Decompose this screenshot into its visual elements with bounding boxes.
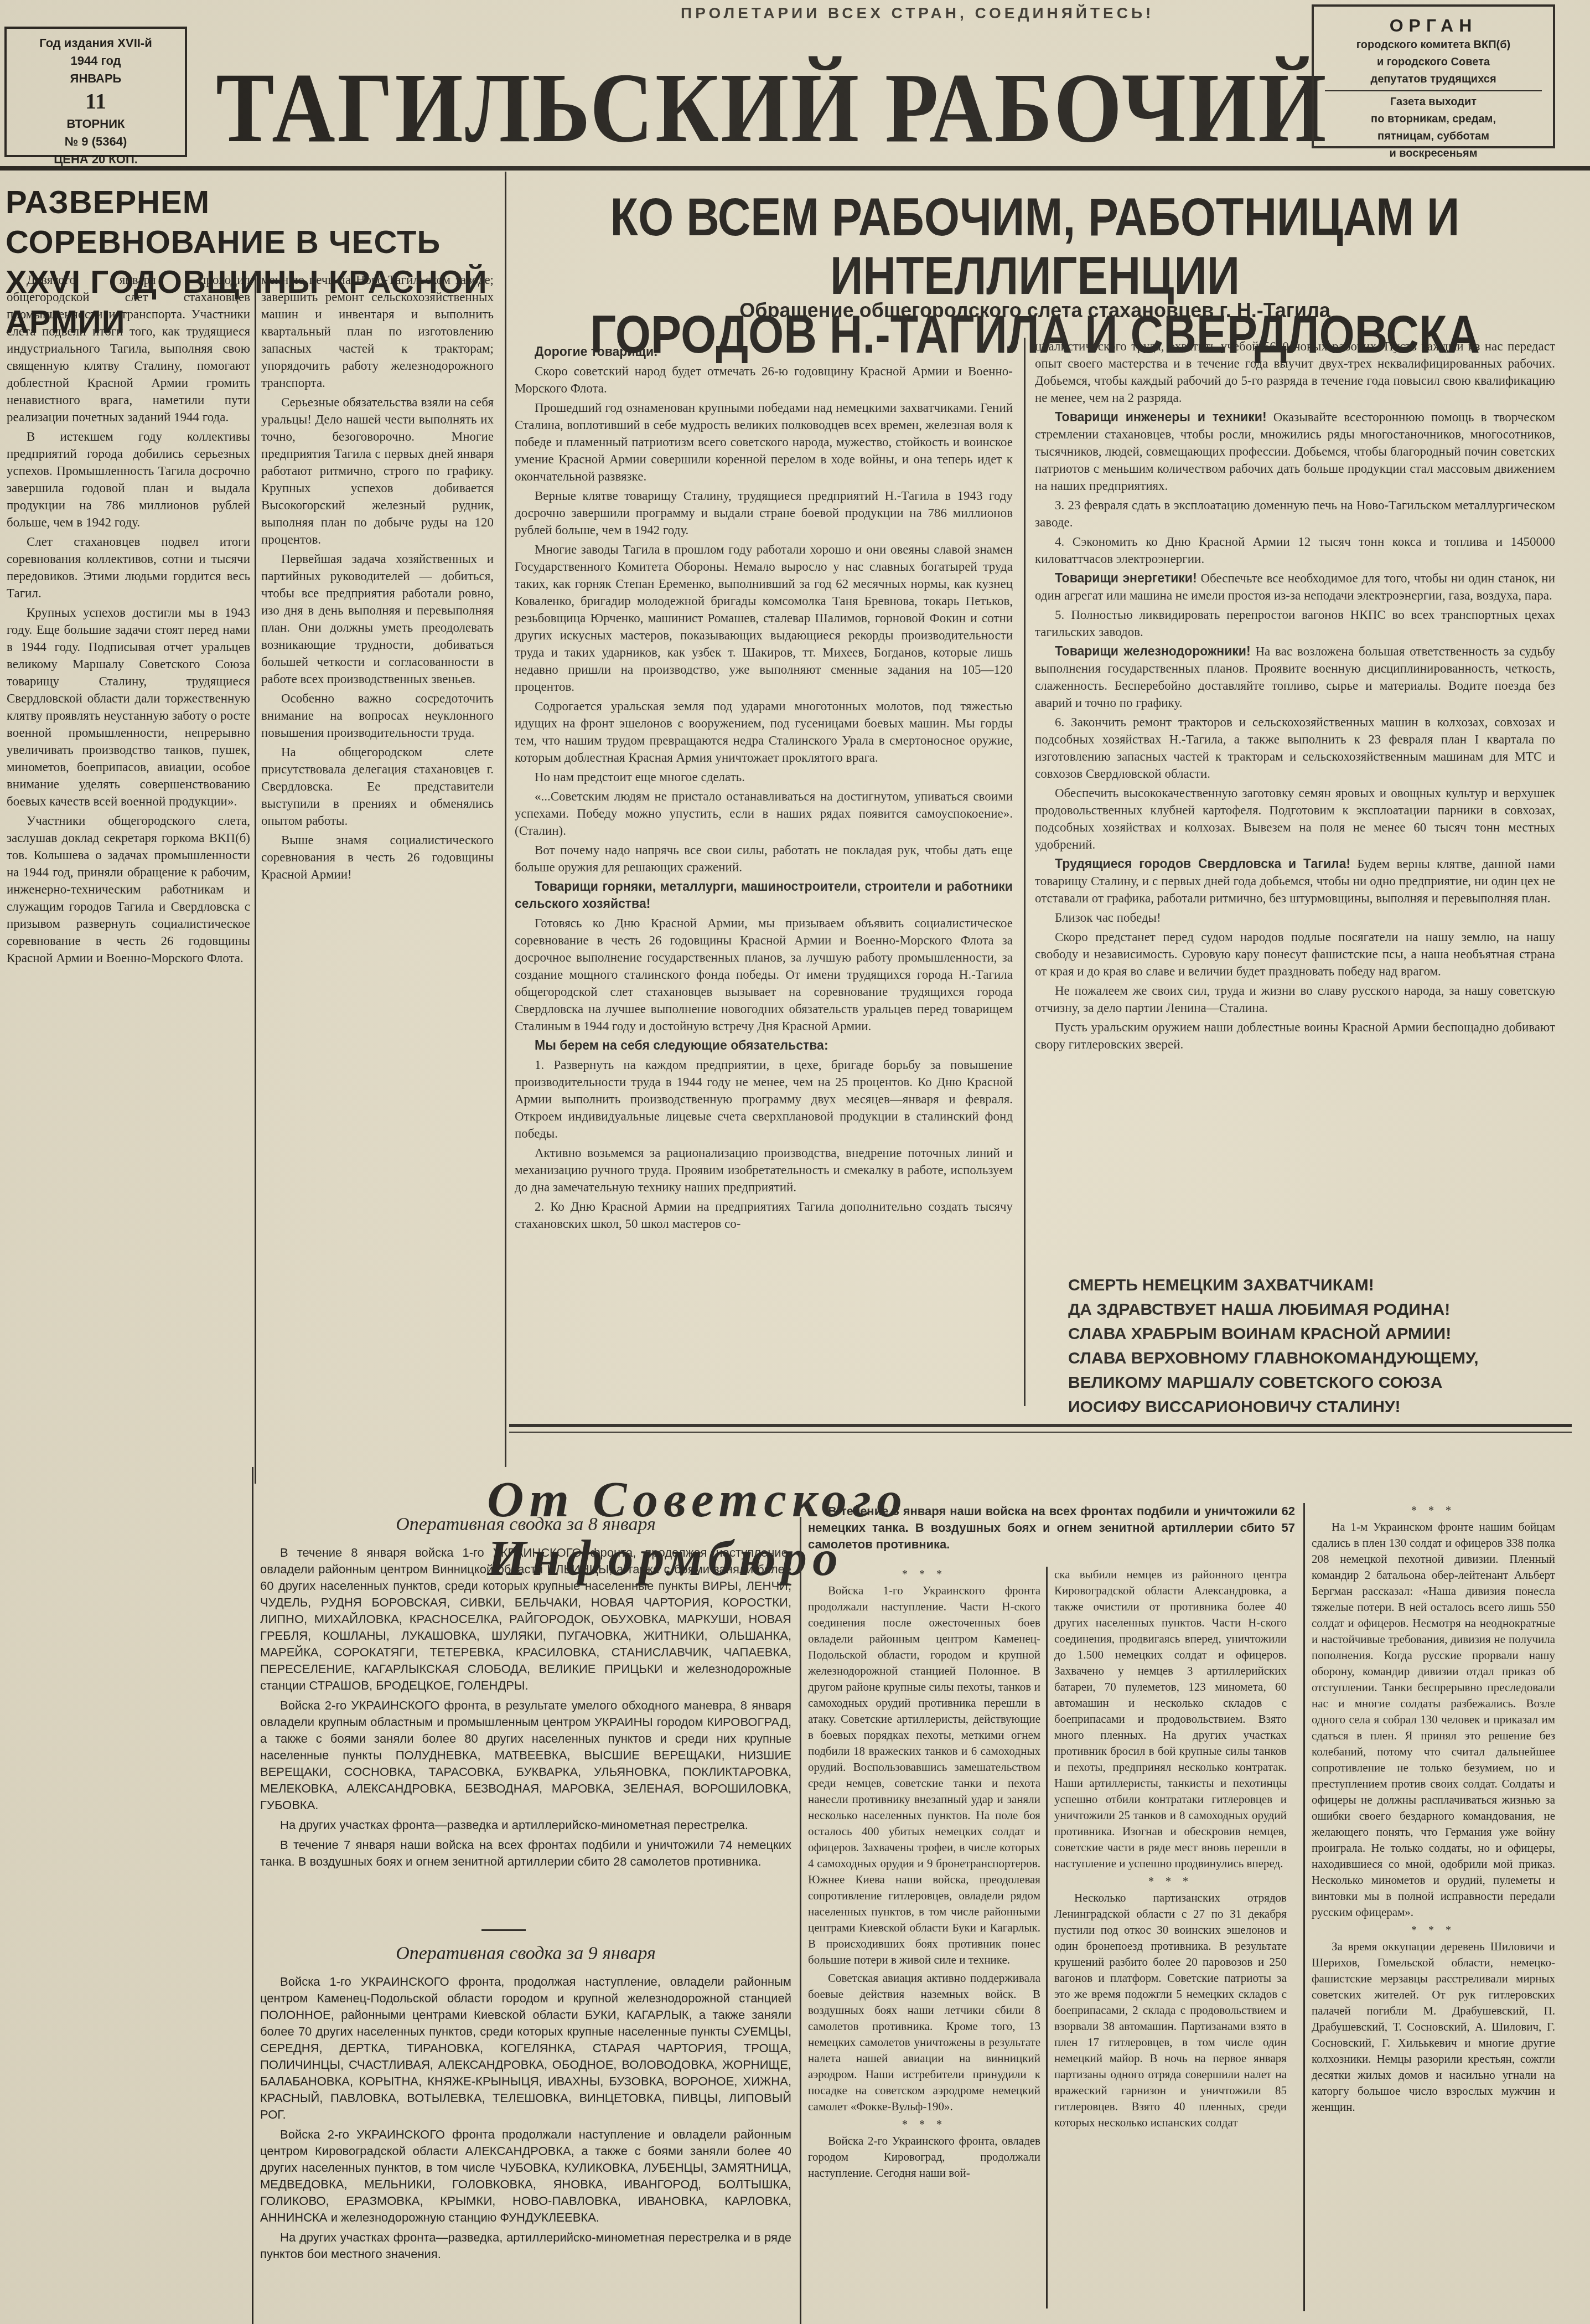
paragraph: Товарищи инженеры и техники! Оказывайте … [1035,409,1555,494]
column-divider [252,1467,253,2324]
appeal-subheadline: Обращение общегородского слета стахановц… [515,299,1555,322]
section-rule [509,1424,1572,1427]
paragraph-text: Многие заводы Тагила в прошлом году рабо… [515,543,1013,694]
paragraph: 3. 23 февраля сдать в эксплоатацию домен… [1035,497,1555,531]
svodka-paragraph: Войска 2-го УКРАИНСКОГО фронта, в резуль… [260,1697,791,1814]
svodka-8: В течение 8 января войска 1-го УКРАИНСКО… [260,1545,791,1873]
paragraph: Многие заводы Тагила в прошлом году рабо… [515,541,1013,695]
paragraph-text: Но нам предстоит еще многое сделать. [535,770,745,784]
paragraph-text: Прошедший год ознаменован крупными побед… [515,401,1013,483]
appeal-col1: Дорогие товарищи!Скоро советский народ б… [515,343,1013,1456]
masthead-rule [0,166,1590,171]
left-article-col1: Девятого января проходил общегородской с… [7,271,250,1467]
appeal-headline-line: КО ВСЕМ РАБОЧИМ, РАБОТНИЦАМ И ИНТЕЛЛИГЕН… [588,188,1483,306]
paragraph-text: Активно возьмемся за рационализацию прои… [515,1146,1013,1194]
paragraph: Скоро советский народ будет отмечать 26-… [515,363,1013,397]
paragraph: Готовясь ко Дню Красной Армии, мы призыв… [515,915,1013,1035]
bold-lead: Трудящиеся городов Свердловска и Тагила! [1055,856,1350,871]
slogan: ВЕЛИКОМУ МАРШАЛУ СОВЕТСКОГО СОЮЗА [1068,1371,1566,1395]
news-col-mid1: * * * Войска 1-го Украинского фронта про… [808,1567,1040,2320]
schedule-line: Газета выходит [1314,94,1553,111]
column-divider [1046,1567,1048,2308]
paragraph: Выше знамя социалистического соревновани… [261,832,494,883]
paragraph: ска выбили немцев из районного центра Ки… [1054,1567,1287,1872]
paragraph: За время оккупации деревень Шиловичи и Ш… [1312,1939,1555,2115]
column-divider [505,172,506,1467]
paragraph: В истекшем году коллективы предприятий г… [7,428,250,531]
paragraph: Несколько партизанских отрядов Ленинград… [1054,1890,1287,2131]
bold-lead: Товарищи горняки, металлурги, машиностро… [515,879,1013,911]
paragraph: «...Советским людям не пристало останавл… [515,788,1013,839]
paragraph: Особенно важно сосредоточить внимание на… [261,690,494,741]
paragraph: Но нам предстоит еще многое сделать. [515,768,1013,786]
paragraph: циалистического труда, охватить учебой 5… [1035,338,1555,406]
bold-lead: Дорогие товарищи! [535,344,658,359]
paragraph: Пусть уральским оружием наши доблестные … [1035,1019,1555,1053]
paragraph-text: Вот почему надо напрячь все свои силы, р… [515,843,1013,874]
paragraph: Девятого января проходил общегородской с… [7,271,250,426]
paragraph: Крупных успехов достигли мы в 1943 году.… [7,604,250,810]
paragraph: На общегородском слете присутствовала де… [261,743,494,829]
bold-lead: Товарищи энергетики! [1055,571,1197,585]
paragraph-text: Скоро советский народ будет отмечать 26-… [515,364,1013,395]
paragraph: Дорогие товарищи! [515,343,1013,360]
year: 1944 год [7,52,185,70]
paragraph: Мы берем на себя следующие обязательства… [515,1037,1013,1054]
short-rule [481,1929,526,1931]
schedule-line: и воскресеньям [1314,145,1553,162]
slogan: СЛАВА ВЕРХОВНОМУ ГЛАВНОКОМАНДУЮЩЕМУ, [1068,1346,1566,1371]
stars-separator: * * * [1054,1874,1287,1890]
paragraph: Войска 1-го Украинского фронта продолжал… [808,1583,1040,1968]
day: 11 [7,87,185,115]
paragraph: 2. Ко Дню Красной Армии на предприятиях … [515,1198,1013,1232]
bold-lead: Товарищи инженеры и техники! [1055,410,1267,424]
bold-lead: Товарищи железнодорожники! [1055,644,1251,658]
svodka-paragraph: На других участках фронта—разведка, арти… [260,2229,791,2263]
paragraph-text: 6. Закончить ремонт тракторов и сельскох… [1035,715,1555,781]
slogan: ДА ЗДРАВСТВУЕТ НАША ЛЮБИМАЯ РОДИНА! [1068,1298,1566,1322]
slogan: ИОСИФУ ВИССАРИОНОВИЧУ СТАЛИНУ! [1068,1395,1566,1419]
svodka-9-title: Оперативная сводка за 9 января [260,1943,791,1964]
closing-slogans: СМЕРТЬ НЕМЕЦКИМ ЗАХВАТЧИКАМ! ДА ЗДРАВСТВ… [1068,1273,1566,1419]
paragraph: менную печь на Ново-Тагильском заводе; з… [261,271,494,391]
svodka-paragraph: Войска 1-го УКРАИНСКОГО фронта, продолжа… [260,1974,791,2123]
bold-lead: Мы берем на себя следующие обязательства… [535,1038,828,1052]
paragraph: 5. Полностью ликвидировать перепростои в… [1035,606,1555,641]
paragraph-text: 2. Ко Дню Красной Армии на предприятиях … [515,1200,1013,1231]
date-box: Год издания XVII-й 1944 год ЯНВАРЬ 11 ВТ… [4,27,187,157]
paragraph: Товарищи энергетики! Обеспечьте все необ… [1035,570,1555,604]
paragraph-text: Близок час победы! [1055,911,1161,925]
svodka-8-title: Оперативная сводка за 8 января [260,1514,791,1535]
paragraph: Участники общегородского слета, заслушав… [7,812,250,967]
stars-separator: * * * [1312,1503,1555,1519]
month: ЯНВАРЬ [7,70,185,87]
paragraph-text: 4. Сэкономить ко Дню Красной Армии 12 ты… [1035,535,1555,566]
paragraph-text: Содрогается уральская земля под ударами … [515,699,1013,765]
paragraph: 1. Развернуть на каждом предприятии, в ц… [515,1056,1013,1142]
column-divider [255,271,256,1484]
svodka-paragraph: В течение 7 января наши войска на всех ф… [260,1837,791,1870]
publication-year-label: Год издания XVII-й [7,34,185,52]
issue-number: № 9 (5364) [7,133,185,151]
paragraph: 4. Сэкономить ко Дню Красной Армии 12 ты… [1035,533,1555,567]
paragraph-text: «...Советским людям не пристало останавл… [515,789,1013,838]
paragraph-text: 3. 23 февраля сдать в эксплоатацию домен… [1035,498,1555,529]
svodka-paragraph: В течение 8 января войска 1-го УКРАИНСКО… [260,1545,791,1694]
paragraph-text: 5. Полностью ликвидировать перепростои в… [1035,608,1555,639]
organ-line: депутатов трудящихся [1314,71,1553,88]
paragraph: Прошедший год ознаменован крупными побед… [515,399,1013,485]
stars-separator: * * * [808,1567,1040,1583]
paragraph: Товарищи горняки, металлурги, машиностро… [515,878,1013,912]
paragraph: Советская авиация активно поддерживала б… [808,1970,1040,2115]
schedule-line: пятницам, субботам [1314,128,1553,145]
organ-label: ОРГАН [1314,14,1553,37]
paragraph: Товарищи железнодорожники! На вас возлож… [1035,643,1555,711]
paragraph: Трудящиеся городов Свердловска и Тагила!… [1035,855,1555,907]
organ-line: и городского Совета [1314,54,1553,71]
paragraph: Обеспечить высококачественную заготовку … [1035,784,1555,853]
organ-line: городского комитета ВКП(б) [1314,37,1553,54]
paragraph: Серьезные обязательства взяли на себя ур… [261,394,494,548]
top-slogan: ПРОЛЕТАРИИ ВСЕХ СТРАН, СОЕДИНЯЙТЕСЬ! [681,4,1154,22]
slogan: СЛАВА ХРАБРЫМ ВОИНАМ КРАСНОЙ АРМИИ! [1068,1322,1566,1346]
left-article-col2: менную печь на Ново-Тагильском заводе; з… [261,271,494,1439]
paragraph: Слет стахановцев подвел итоги соревнован… [7,533,250,602]
paragraph-text: Пусть уральским оружием наши доблестные … [1035,1020,1555,1051]
slogan: СМЕРТЬ НЕМЕЦКИМ ЗАХВАТЧИКАМ! [1068,1273,1566,1298]
svodka-paragraph: На других участках фронта—разведка и арт… [260,1817,791,1834]
paragraph-text: Не пожалеем же своих сил, труда и жизни … [1035,984,1555,1015]
paragraph-text: циалистического труда, охватить учебой 5… [1035,339,1555,405]
news-col-right: * * * На 1-м Украинском фронте нашим бой… [1312,1503,1555,2322]
newspaper-title: ТАГИЛЬСКИЙ РАБОЧИЙ [216,61,1136,155]
paragraph-text: Готовясь ко Дню Красной Армии, мы призыв… [515,916,1013,1033]
paragraph: Не пожалеем же своих сил, труда и жизни … [1035,982,1555,1016]
stars-separator: * * * [808,2117,1040,2133]
summary-8-january: В течение 8 января наши войска на всех ф… [808,1503,1295,1556]
organ-box: ОРГАН городского комитета ВКП(б) и город… [1312,4,1555,148]
svodka-9: Войска 1-го УКРАИНСКОГО фронта, продолжа… [260,1974,791,2266]
paragraph: 6. Закончить ремонт тракторов и сельскох… [1035,714,1555,782]
paragraph: Активно возьмемся за рационализацию прои… [515,1144,1013,1196]
svodka-paragraph: Войска 2-го УКРАИНСКОГО фронта продолжал… [260,2126,791,2226]
news-col-mid2: ска выбили немцев из районного центра Ки… [1054,1567,1287,2320]
svodka-paragraph: В течение 8 января наши войска на всех ф… [808,1503,1295,1553]
paragraph: Содрогается уральская земля под ударами … [515,698,1013,766]
column-divider [1303,1503,1305,2311]
appeal-col2: циалистического труда, охватить учебой 5… [1035,338,1555,1235]
paragraph: Скоро предстанет перед судом народов под… [1035,928,1555,980]
schedule-line: по вторникам, средам, [1314,111,1553,128]
divider [1325,90,1542,91]
stars-separator: * * * [1312,1923,1555,1939]
weekday: ВТОРНИК [7,115,185,133]
paragraph-text: Обеспечить высококачественную заготовку … [1035,786,1555,851]
left-headline-line: РАЗВЕРНЕМ СОРЕВНОВАНИЕ В ЧЕСТЬ [6,183,493,262]
paragraph-text: Верные клятве товарищу Сталину, трудящие… [515,489,1013,537]
paragraph: Верные клятве товарищу Сталину, трудящие… [515,487,1013,539]
paragraph: Первейшая задача хозяйственных и партийн… [261,550,494,688]
paragraph-text: Скоро предстанет перед судом народов под… [1035,930,1555,978]
paragraph: Вот почему надо напрячь все свои силы, р… [515,841,1013,876]
paragraph: Близок час победы! [1035,909,1555,926]
section-rule [509,1432,1572,1433]
column-divider [1024,338,1026,1406]
paragraph: На 1-м Украинском фронте нашим бойцам сд… [1312,1519,1555,1920]
column-divider [800,1517,801,2324]
paragraph-text: 1. Развернуть на каждом предприятии, в ц… [515,1058,1013,1140]
paragraph: Войска 2-го Украинского фронта, овладев … [808,2133,1040,2181]
